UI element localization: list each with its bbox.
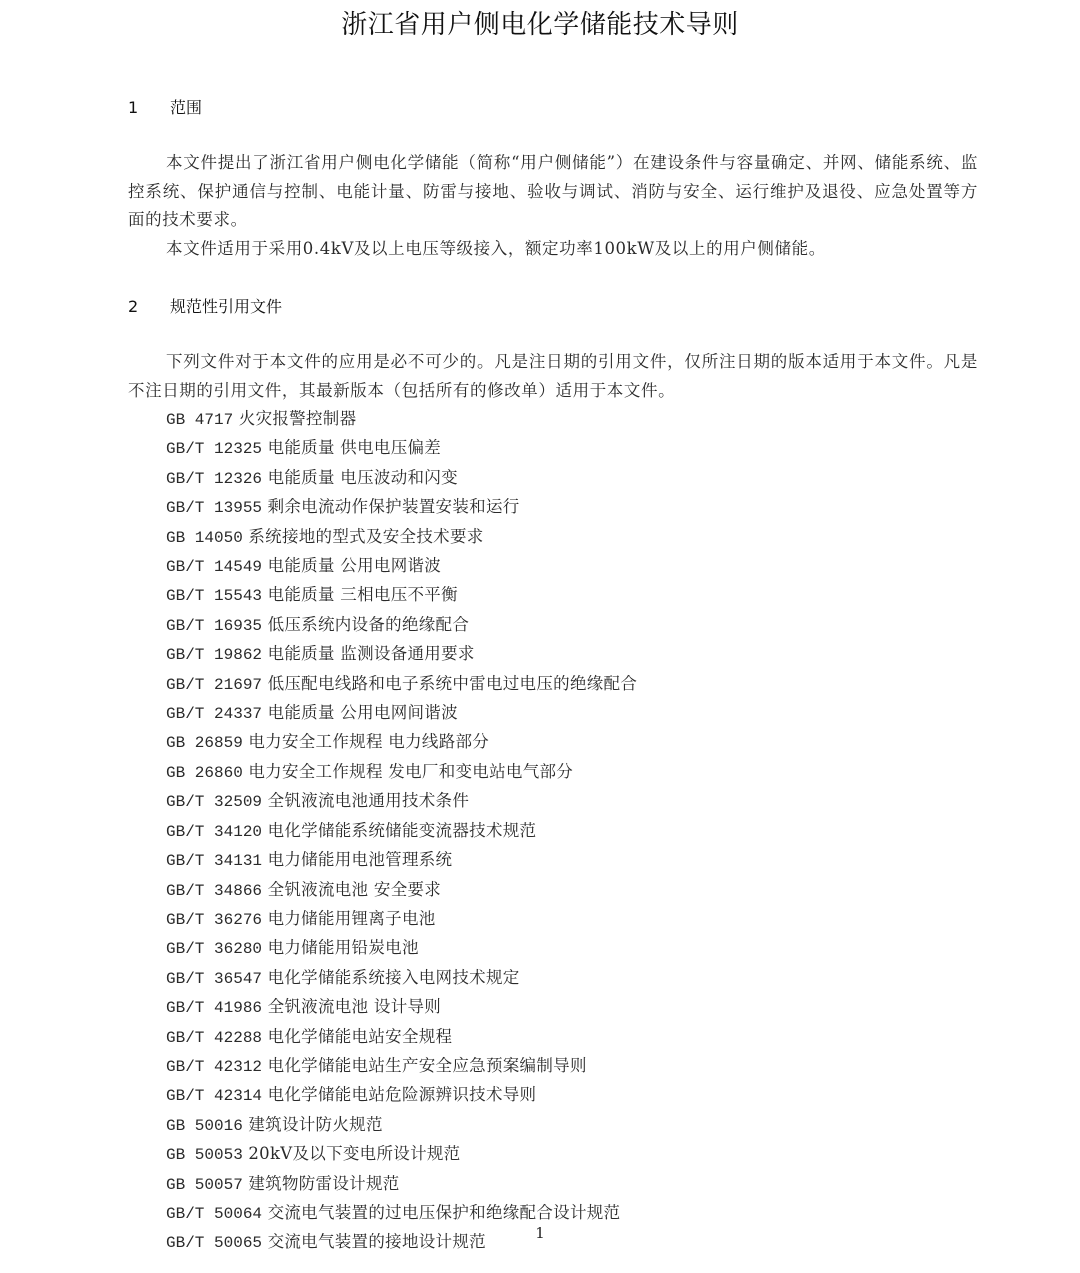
reference-item: GB 14050 系统接地的型式及安全技术要求 bbox=[166, 523, 637, 552]
reference-item: GB 50057 建筑物防雷设计规范 bbox=[166, 1170, 637, 1199]
standard-code: GB/T 34131 bbox=[166, 852, 262, 870]
standard-title: 全钒液流电池 安全要求 bbox=[268, 880, 442, 899]
section-2-heading: 2规范性引用文件 bbox=[128, 295, 282, 319]
standard-title: 电力储能用锂离子电池 bbox=[268, 909, 436, 928]
reference-item: GB/T 21697 低压配电线路和电子系统中雷电过电压的绝缘配合 bbox=[166, 670, 637, 699]
standard-title: 建筑设计防火规范 bbox=[248, 1115, 382, 1134]
standard-title: 电化学储能系统接入电网技术规定 bbox=[268, 968, 520, 987]
reference-item: GB/T 34131 电力储能用电池管理系统 bbox=[166, 846, 637, 875]
standard-code: GB 50016 bbox=[166, 1117, 243, 1135]
section-number: 1 bbox=[128, 96, 170, 120]
reference-item: GB/T 16935 低压系统内设备的绝缘配合 bbox=[166, 611, 637, 640]
standard-code: GB/T 36280 bbox=[166, 940, 262, 958]
reference-item: GB 26859 电力安全工作规程 电力线路部分 bbox=[166, 728, 637, 757]
standard-code: GB 14050 bbox=[166, 529, 243, 547]
standard-title: 电能质量 供电电压偏差 bbox=[268, 438, 442, 457]
reference-item: GB/T 36276 电力储能用锂离子电池 bbox=[166, 905, 637, 934]
standard-title: 电力安全工作规程 电力线路部分 bbox=[248, 732, 489, 751]
standard-title: 电力储能用电池管理系统 bbox=[268, 850, 453, 869]
standard-title: 低压配电线路和电子系统中雷电过电压的绝缘配合 bbox=[268, 674, 638, 693]
standard-title: 系统接地的型式及安全技术要求 bbox=[248, 527, 483, 546]
standard-title: 电能质量 电压波动和闪变 bbox=[268, 468, 458, 487]
reference-item: GB 26860 电力安全工作规程 发电厂和变电站电气部分 bbox=[166, 758, 637, 787]
standard-code: GB/T 42288 bbox=[166, 1029, 262, 1047]
paragraph: 本文件提出了浙江省用户侧电化学储能（简称“用户侧储能”）在建设条件与容量确定、并… bbox=[128, 149, 978, 235]
standard-code: GB/T 24337 bbox=[166, 705, 262, 723]
reference-item: GB/T 36547 电化学储能系统接入电网技术规定 bbox=[166, 964, 637, 993]
standard-code: GB/T 15543 bbox=[166, 587, 262, 605]
reference-list: GB 4717 火灾报警控制器GB/T 12325 电能质量 供电电压偏差GB/… bbox=[166, 405, 637, 1258]
reference-item: GB/T 42314 电化学储能电站危险源辨识技术导则 bbox=[166, 1081, 637, 1110]
standard-title: 电能质量 公用电网谐波 bbox=[268, 556, 442, 575]
standard-code: GB/T 12326 bbox=[166, 470, 262, 488]
standard-code: GB/T 19862 bbox=[166, 646, 262, 664]
section-number: 2 bbox=[128, 295, 170, 319]
standard-title: 20kV及以下变电所设计规范 bbox=[248, 1144, 460, 1163]
section-1-heading: 1范围 bbox=[128, 96, 202, 120]
standard-title: 低压系统内设备的绝缘配合 bbox=[268, 615, 470, 634]
standard-code: GB/T 50064 bbox=[166, 1205, 262, 1223]
reference-item: GB/T 36280 电力储能用铅炭电池 bbox=[166, 934, 637, 963]
reference-item: GB/T 12326 电能质量 电压波动和闪变 bbox=[166, 464, 637, 493]
standard-code: GB/T 36276 bbox=[166, 911, 262, 929]
standard-title: 电力安全工作规程 发电厂和变电站电气部分 bbox=[248, 762, 573, 781]
standard-code: GB/T 36547 bbox=[166, 970, 262, 988]
standard-code: GB 26860 bbox=[166, 764, 243, 782]
paragraph: 本文件适用于采用0.4kV及以上电压等级接入，额定功率100kW及以上的用户侧储… bbox=[128, 235, 978, 264]
standard-code: GB/T 12325 bbox=[166, 440, 262, 458]
reference-item: GB/T 32509 全钒液流电池通用技术条件 bbox=[166, 787, 637, 816]
standard-code: GB/T 34120 bbox=[166, 823, 262, 841]
standard-code: GB 26859 bbox=[166, 734, 243, 752]
section-2-body: 下列文件对于本文件的应用是必不可少的。凡是注日期的引用文件，仅所注日期的版本适用… bbox=[128, 348, 978, 405]
section-1-body: 本文件提出了浙江省用户侧电化学储能（简称“用户侧储能”）在建设条件与容量确定、并… bbox=[128, 149, 978, 263]
standard-code: GB/T 21697 bbox=[166, 676, 262, 694]
reference-item: GB 50016 建筑设计防火规范 bbox=[166, 1111, 637, 1140]
section-title: 范围 bbox=[170, 98, 202, 117]
page-number: 1 bbox=[0, 1224, 1080, 1242]
standard-code: GB/T 42312 bbox=[166, 1058, 262, 1076]
standard-title: 电化学储能电站安全规程 bbox=[268, 1027, 453, 1046]
standard-title: 火灾报警控制器 bbox=[239, 409, 357, 428]
standard-code: GB/T 41986 bbox=[166, 999, 262, 1017]
reference-item: GB/T 19862 电能质量 监测设备通用要求 bbox=[166, 640, 637, 669]
standard-code: GB 50053 bbox=[166, 1146, 243, 1164]
standard-title: 交流电气装置的过电压保护和绝缘配合设计规范 bbox=[268, 1203, 621, 1222]
standard-code: GB 4717 bbox=[166, 411, 233, 429]
reference-item: GB 4717 火灾报警控制器 bbox=[166, 405, 637, 434]
standard-code: GB/T 34866 bbox=[166, 882, 262, 900]
standard-title: 电化学储能电站危险源辨识技术导则 bbox=[268, 1085, 537, 1104]
standard-title: 电能质量 三相电压不平衡 bbox=[268, 585, 458, 604]
standard-title: 建筑物防雷设计规范 bbox=[248, 1174, 399, 1193]
standard-title: 剩余电流动作保护装置安装和运行 bbox=[268, 497, 520, 516]
reference-item: GB/T 34120 电化学储能系统储能变流器技术规范 bbox=[166, 817, 637, 846]
reference-item: GB/T 41986 全钒液流电池 设计导则 bbox=[166, 993, 637, 1022]
reference-item: GB/T 24337 电能质量 公用电网间谐波 bbox=[166, 699, 637, 728]
standard-code: GB 50057 bbox=[166, 1176, 243, 1194]
standard-title: 电化学储能系统储能变流器技术规范 bbox=[268, 821, 537, 840]
standard-code: GB/T 32509 bbox=[166, 793, 262, 811]
reference-item: GB/T 34866 全钒液流电池 安全要求 bbox=[166, 876, 637, 905]
reference-item: GB/T 13955 剩余电流动作保护装置安装和运行 bbox=[166, 493, 637, 522]
reference-item: GB/T 14549 电能质量 公用电网谐波 bbox=[166, 552, 637, 581]
standard-title: 全钒液流电池 设计导则 bbox=[268, 997, 442, 1016]
section-title: 规范性引用文件 bbox=[170, 297, 282, 316]
reference-item: GB/T 42288 电化学储能电站安全规程 bbox=[166, 1023, 637, 1052]
standard-code: GB/T 13955 bbox=[166, 499, 262, 517]
standard-title: 电能质量 公用电网间谐波 bbox=[268, 703, 458, 722]
standard-title: 电力储能用铅炭电池 bbox=[268, 938, 419, 957]
standard-title: 全钒液流电池通用技术条件 bbox=[268, 791, 470, 810]
standard-code: GB/T 42314 bbox=[166, 1087, 262, 1105]
document-title: 浙江省用户侧电化学储能技术导则 bbox=[0, 5, 1080, 45]
standard-code: GB/T 16935 bbox=[166, 617, 262, 635]
reference-item: GB 50053 20kV及以下变电所设计规范 bbox=[166, 1140, 637, 1169]
reference-item: GB/T 42312 电化学储能电站生产安全应急预案编制导则 bbox=[166, 1052, 637, 1081]
paragraph: 下列文件对于本文件的应用是必不可少的。凡是注日期的引用文件，仅所注日期的版本适用… bbox=[128, 348, 978, 405]
standard-title: 电能质量 监测设备通用要求 bbox=[268, 644, 475, 663]
reference-item: GB/T 12325 电能质量 供电电压偏差 bbox=[166, 434, 637, 463]
reference-item: GB/T 15543 电能质量 三相电压不平衡 bbox=[166, 581, 637, 610]
standard-title: 电化学储能电站生产安全应急预案编制导则 bbox=[268, 1056, 587, 1075]
standard-code: GB/T 14549 bbox=[166, 558, 262, 576]
